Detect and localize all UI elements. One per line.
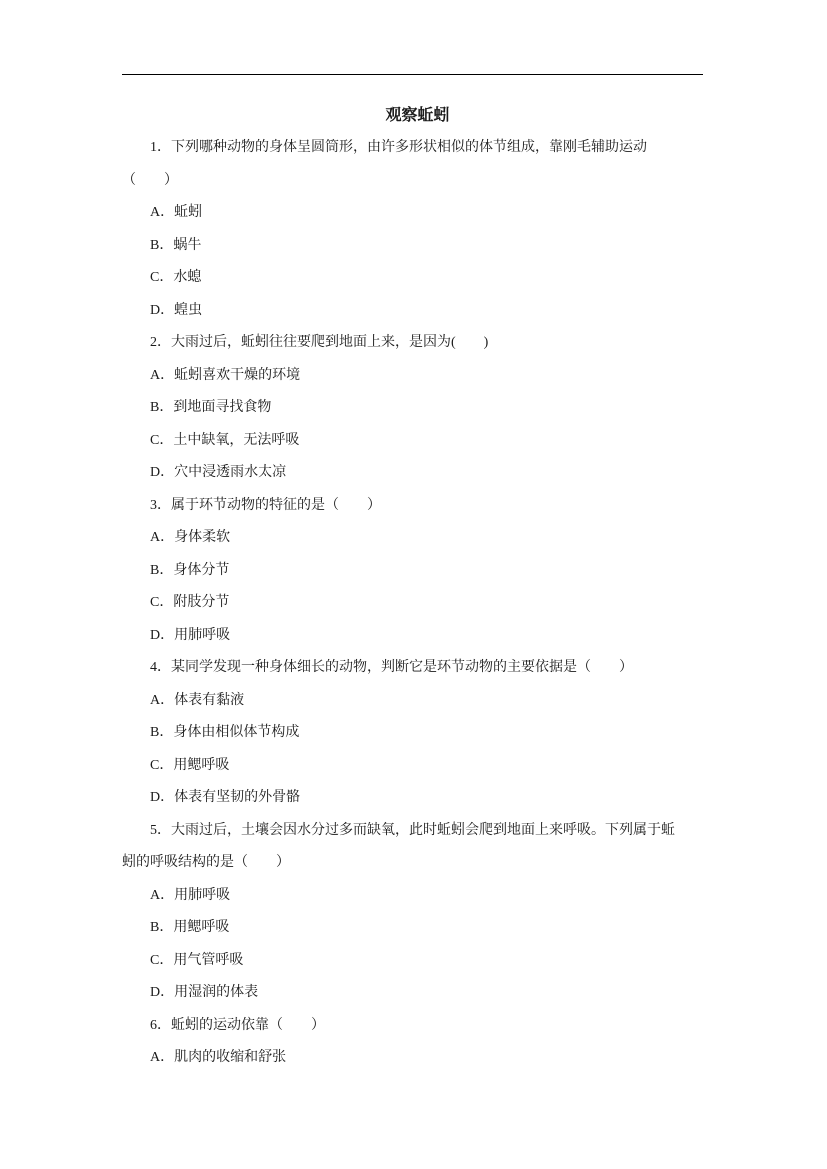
question-2: 2．大雨过后，蚯蚓往往要爬到地面上来，是因为( ) A．蚯蚓喜欢干燥的环境 B．…: [122, 327, 703, 490]
option-c: C．附肢分节: [122, 587, 703, 620]
question-stem: 5．大雨过后，土壤会因水分过多而缺氧，此时蚯蚓会爬到地面上来呼吸。下列属于蚯: [122, 815, 703, 848]
option-c: C．用气管呼吸: [122, 945, 703, 978]
question-stem-continued: 蚓的呼吸结构的是（ ）: [122, 847, 703, 880]
option-b: B．用鳃呼吸: [122, 912, 703, 945]
option-b: B．到地面寻找食物: [122, 392, 703, 425]
question-stem: 3．属于环节动物的特征的是（ ）: [122, 490, 703, 523]
option-a: A．身体柔软: [122, 522, 703, 555]
question-1: 1．下列哪种动物的身体呈圆筒形，由许多形状相似的体节组成，靠刚毛辅助运动 （ ）…: [122, 132, 703, 327]
option-b: B．身体由相似体节构成: [122, 717, 703, 750]
option-d: D．体表有坚韧的外骨骼: [122, 782, 703, 815]
question-stem: 6．蚯蚓的运动依靠（ ）: [122, 1010, 703, 1043]
document-content: 观察蚯蚓 1．下列哪种动物的身体呈圆筒形，由许多形状相似的体节组成，靠刚毛辅助运…: [122, 100, 703, 1075]
question-4: 4．某同学发现一种身体细长的动物，判断它是环节动物的主要依据是（ ） A．体表有…: [122, 652, 703, 815]
question-stem: 1．下列哪种动物的身体呈圆筒形，由许多形状相似的体节组成，靠刚毛辅助运动: [122, 132, 703, 165]
option-d: D．用肺呼吸: [122, 620, 703, 653]
option-d: D．蝗虫: [122, 295, 703, 328]
document-title: 观察蚯蚓: [122, 100, 703, 132]
option-a: A．体表有黏液: [122, 685, 703, 718]
header-rule: [122, 74, 703, 75]
option-d: D．穴中浸透雨水太凉: [122, 457, 703, 490]
question-stem: 4．某同学发现一种身体细长的动物，判断它是环节动物的主要依据是（ ）: [122, 652, 703, 685]
option-a: A．蚯蚓喜欢干燥的环境: [122, 360, 703, 393]
option-b: B．身体分节: [122, 555, 703, 588]
question-stem-continued: （ ）: [122, 165, 703, 198]
option-a: A．用肺呼吸: [122, 880, 703, 913]
option-c: C．用鳃呼吸: [122, 750, 703, 783]
option-d: D．用湿润的体表: [122, 977, 703, 1010]
option-c: C．水螅: [122, 262, 703, 295]
option-a: A．蚯蚓: [122, 197, 703, 230]
option-a: A．肌肉的收缩和舒张: [122, 1042, 703, 1075]
question-6: 6．蚯蚓的运动依靠（ ） A．肌肉的收缩和舒张: [122, 1010, 703, 1075]
question-3: 3．属于环节动物的特征的是（ ） A．身体柔软 B．身体分节 C．附肢分节 D．…: [122, 490, 703, 653]
document-page: 观察蚯蚓 1．下列哪种动物的身体呈圆筒形，由许多形状相似的体节组成，靠刚毛辅助运…: [0, 0, 827, 1169]
question-5: 5．大雨过后，土壤会因水分过多而缺氧，此时蚯蚓会爬到地面上来呼吸。下列属于蚯 蚓…: [122, 815, 703, 1010]
question-stem: 2．大雨过后，蚯蚓往往要爬到地面上来，是因为( ): [122, 327, 703, 360]
option-b: B．蜗牛: [122, 230, 703, 263]
option-c: C．土中缺氧，无法呼吸: [122, 425, 703, 458]
